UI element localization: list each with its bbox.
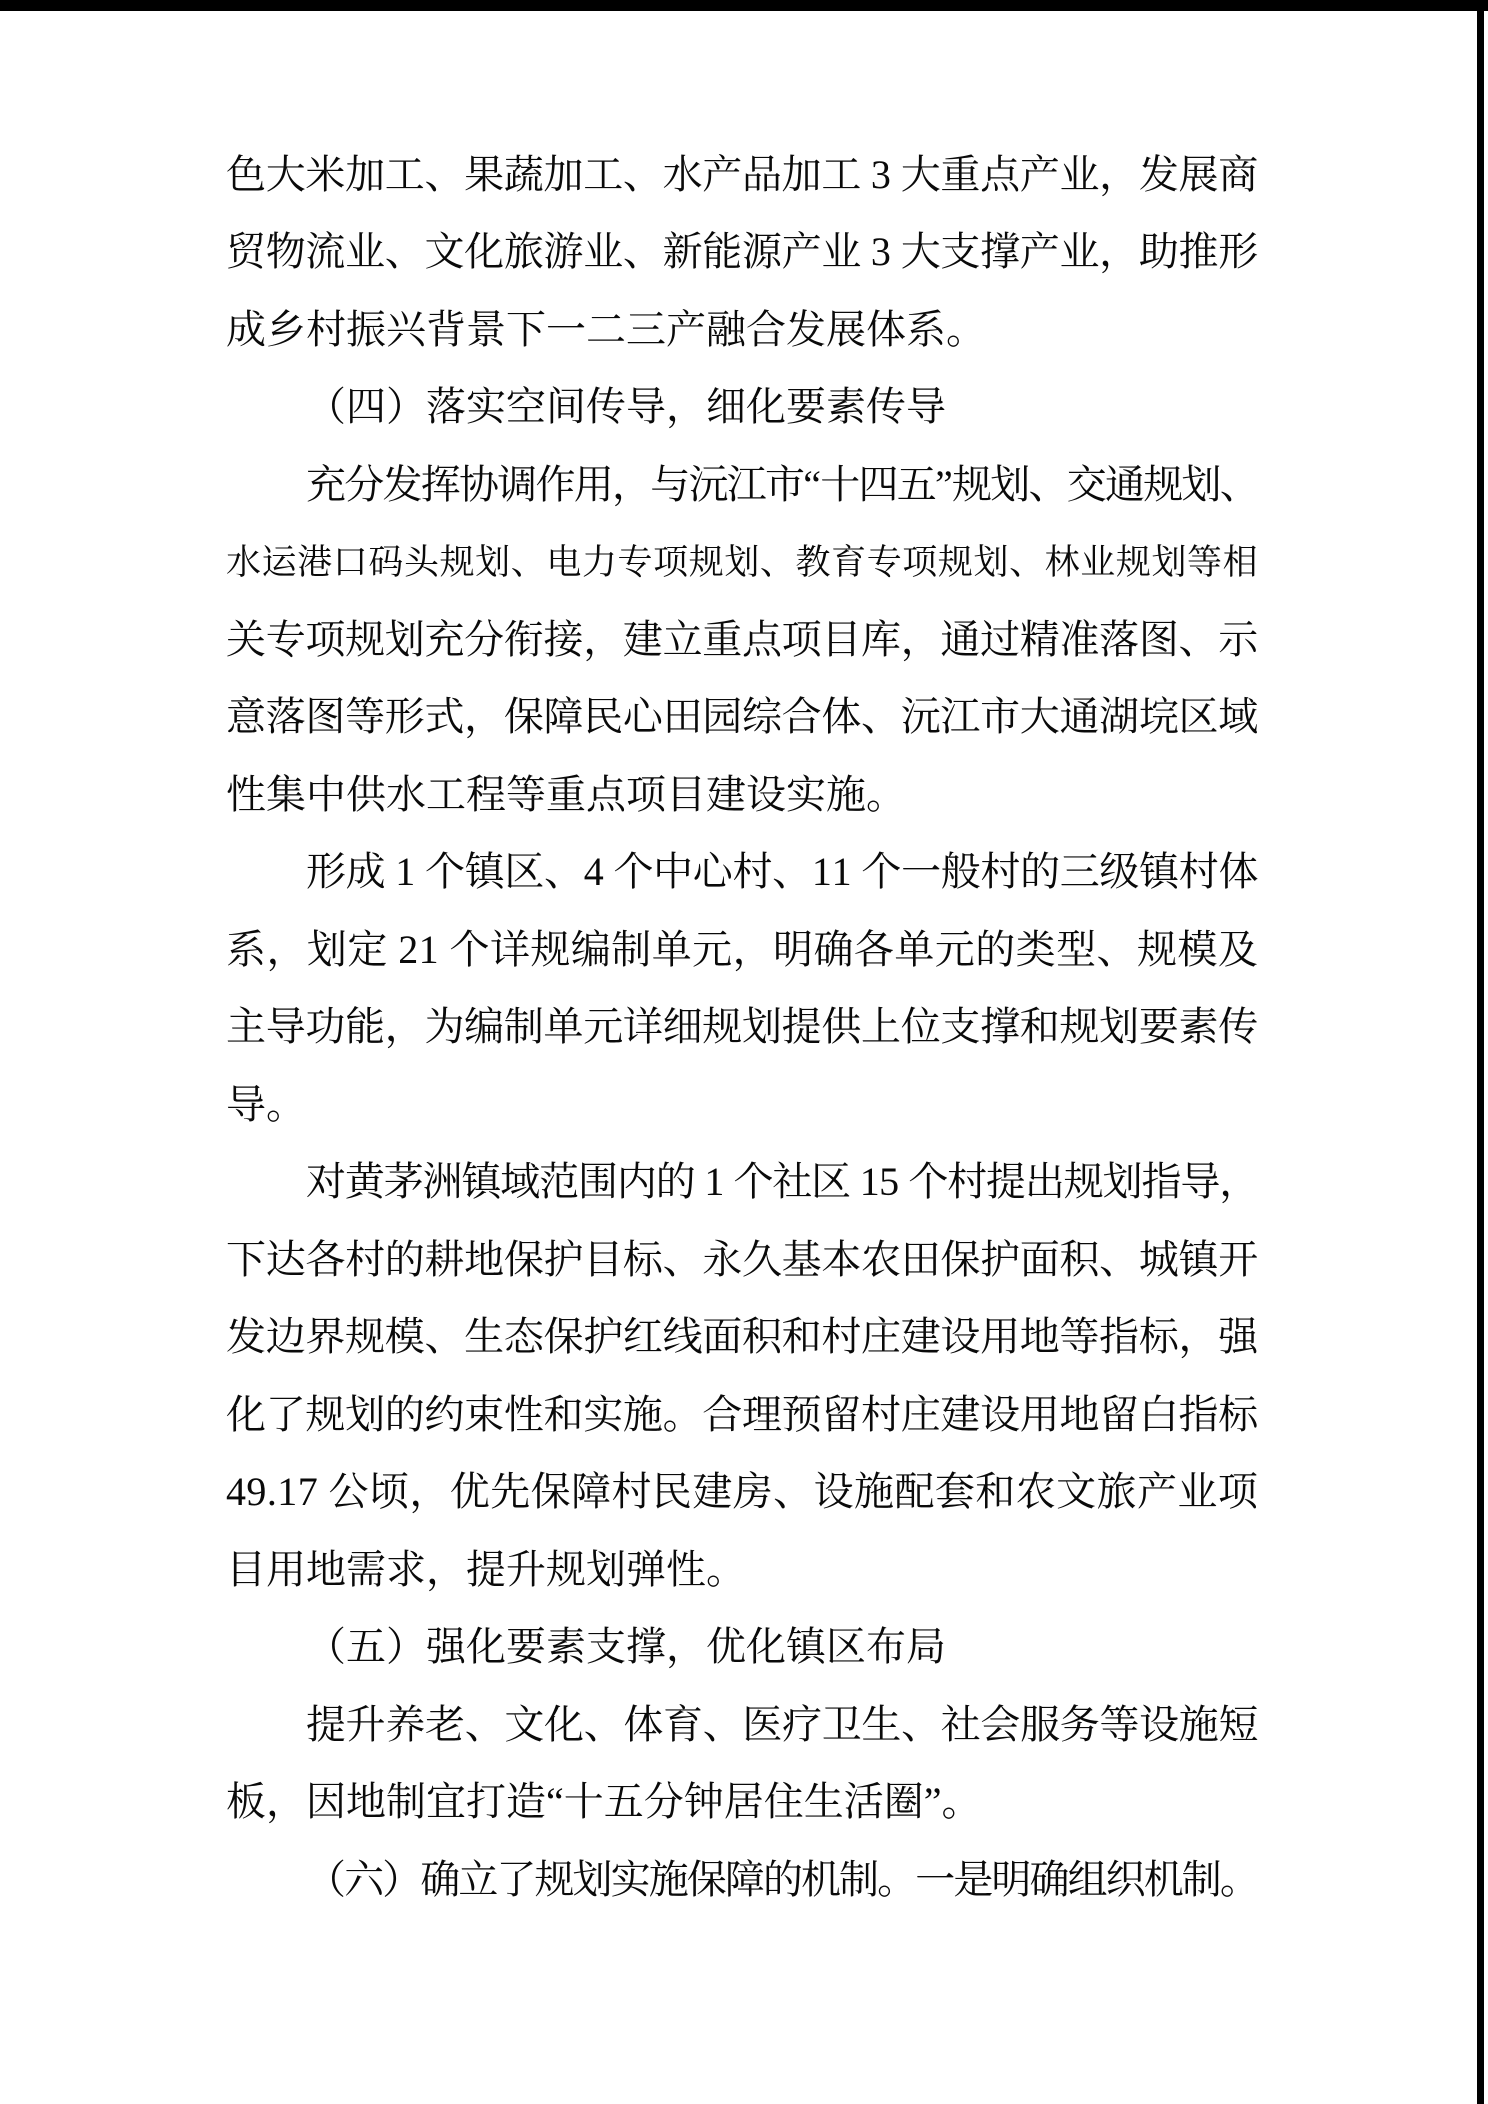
text-line: 形成 1 个镇区、4 个中心村、11 个一般村的三级镇村体: [226, 834, 1258, 912]
text-line: 充分发挥协调作用，与沅江市“十四五”规划、交通规划、: [226, 446, 1258, 524]
text-line: 色大米加工、果蔬加工、水产品加工 3 大重点产业，发展商: [226, 136, 1258, 214]
text-line: 49.17 公顷，优先保障村民建房、设施配套和农文旅产业项: [226, 1454, 1258, 1532]
text-line: 板，因地制宜打造“十五分钟居住生活圈”。: [226, 1764, 1258, 1842]
scan-edge-top: [0, 0, 1488, 11]
text-line: 主导功能，为编制单元详细规划提供上位支撑和规划要素传: [226, 989, 1258, 1067]
document-text: 色大米加工、果蔬加工、水产品加工 3 大重点产业，发展商贸物流业、文化旅游业、新…: [226, 136, 1258, 1919]
text-line: 下达各村的耕地保护目标、永久基本农田保护面积、城镇开: [226, 1221, 1258, 1299]
text-line: 导。: [226, 1066, 1258, 1144]
text-line: 性集中供水工程等重点项目建设实施。: [226, 756, 1258, 834]
text-line: （六）确立了规划实施保障的机制。一是明确组织机制。: [226, 1841, 1258, 1919]
text-line: 对黄茅洲镇域范围内的 1 个社区 15 个村提出规划指导，: [226, 1144, 1258, 1222]
text-line: 发边界规模、生态保护红线面积和村庄建设用地等指标，强: [226, 1299, 1258, 1377]
text-line: 提升养老、文化、体育、医疗卫生、社会服务等设施短: [226, 1686, 1258, 1764]
text-line: （五）强化要素支撑，优化镇区布局: [226, 1609, 1258, 1687]
text-line: 化了规划的约束性和实施。合理预留村庄建设用地留白指标: [226, 1376, 1258, 1454]
text-line: 系，划定 21 个详规编制单元，明确各单元的类型、规模及: [226, 911, 1258, 989]
text-line: （四）落实空间传导，细化要素传导: [226, 369, 1258, 447]
text-line: 成乡村振兴背景下一二三产融合发展体系。: [226, 291, 1258, 369]
text-line: 意落图等形式，保障民心田园综合体、沅江市大通湖垸区域: [226, 679, 1258, 757]
text-line: 水运港口码头规划、电力专项规划、教育专项规划、林业规划等相: [226, 524, 1258, 602]
text-line: 目用地需求，提升规划弹性。: [226, 1531, 1258, 1609]
text-line: 关专项规划充分衔接，建立重点项目库，通过精准落图、示: [226, 601, 1258, 679]
text-line: 贸物流业、文化旅游业、新能源产业 3 大支撑产业，助推形: [226, 214, 1258, 292]
scan-edge-right: [1477, 0, 1484, 2104]
